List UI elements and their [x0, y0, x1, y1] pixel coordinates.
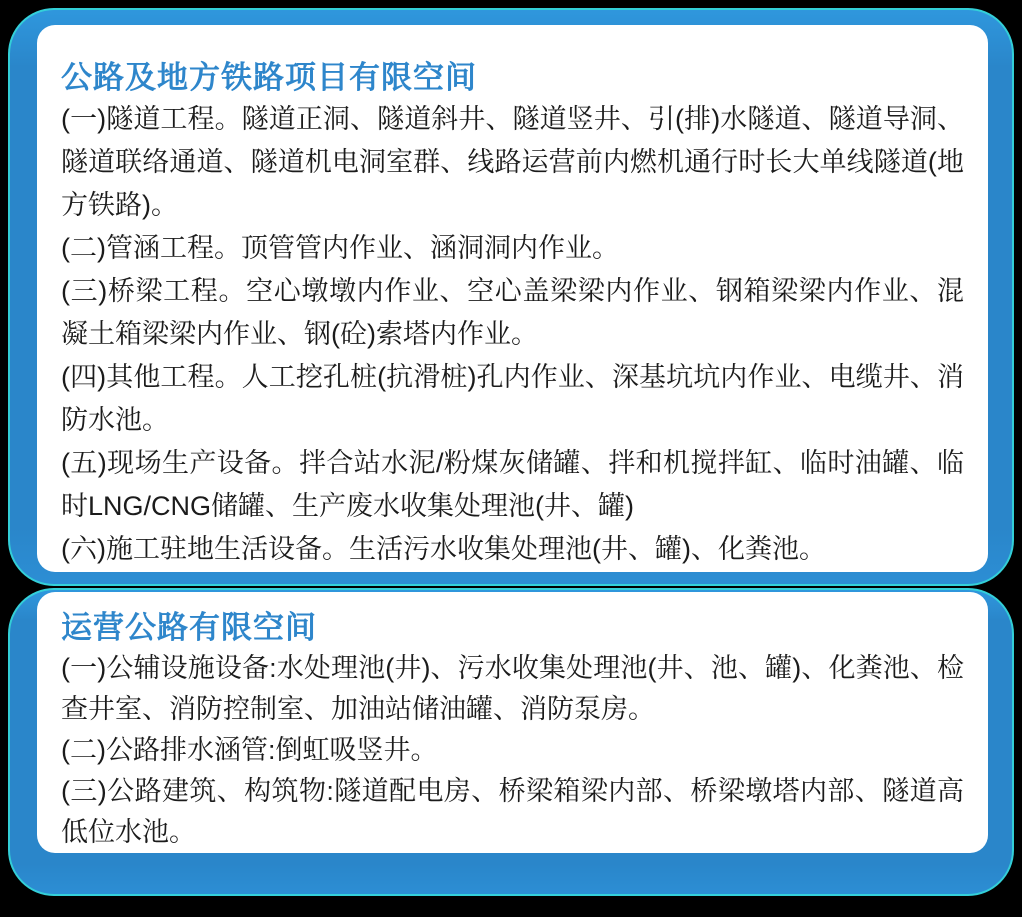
card-operating-highway-limited-space: 运营公路有限空间 (一)公辅设施设备:水处理池(井)、污水收集处理池(井、池、罐… — [37, 592, 988, 853]
list-item-highway-structures: (三)公路建筑、构筑物:隧道配电房、桥梁箱梁内部、桥梁墩塔内部、隧道高低位水池。 — [61, 771, 964, 853]
list-item-bridge-works: (三)桥梁工程。空心墩墩内作业、空心盖梁梁内作业、钢箱梁梁内作业、混凝土箱梁梁内… — [61, 270, 964, 356]
section-title-operating-highway: 运营公路有限空间 — [61, 592, 964, 648]
list-item-camp-living-equipment: (六)施工驻地生活设备。生活污水收集处理池(井、罐)、化粪池。 — [61, 528, 964, 571]
list-item-pipe-culvert-works: (二)管涵工程。顶管管内作业、涵洞洞内作业。 — [61, 227, 964, 270]
list-item-drainage-culverts: (二)公路排水涵管:倒虹吸竖井。 — [61, 730, 964, 771]
section-body-operating-highway: (一)公辅设施设备:水处理池(井)、污水收集处理池(井、池、罐)、化粪池、检查井… — [61, 648, 964, 853]
list-item-auxiliary-facilities: (一)公辅设施设备:水处理池(井)、污水收集处理池(井、池、罐)、化粪池、检查井… — [61, 648, 964, 730]
list-item-other-works: (四)其他工程。人工挖孔桩(抗滑桩)孔内作业、深基坑坑内作业、电缆井、消防水池。 — [61, 356, 964, 442]
list-item-tunnel-works: (一)隧道工程。隧道正洞、隧道斜井、隧道竖井、引(排)水隧道、隧道导洞、隧道联络… — [61, 98, 964, 227]
list-item-site-production-equipment: (五)现场生产设备。拌合站水泥/粉煤灰储罐、拌和机搅拌缸、临时油罐、临时LNG/… — [61, 442, 964, 528]
section-title-highway-railway: 公路及地方铁路项目有限空间 — [61, 25, 964, 98]
card-highway-railway-limited-space: 公路及地方铁路项目有限空间 (一)隧道工程。隧道正洞、隧道斜井、隧道竖井、引(排… — [37, 25, 988, 572]
section-body-highway-railway: (一)隧道工程。隧道正洞、隧道斜井、隧道竖井、引(排)水隧道、隧道导洞、隧道联络… — [61, 98, 964, 571]
